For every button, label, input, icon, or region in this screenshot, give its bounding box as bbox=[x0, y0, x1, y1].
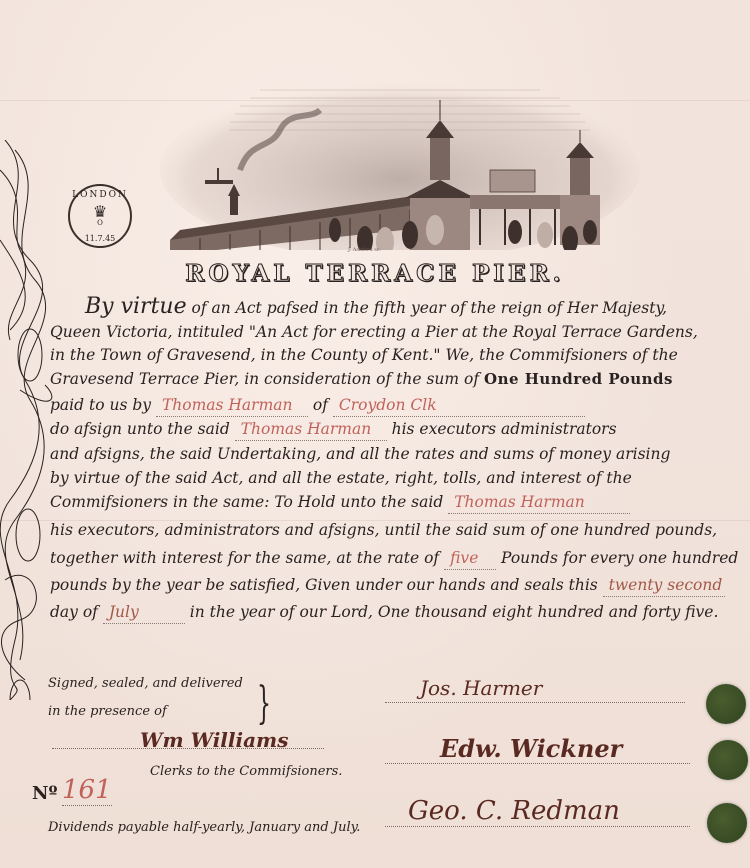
body-lead-words: By virtue bbox=[85, 294, 187, 319]
body-line-2: Queen Victoria, intituled "An Act for er… bbox=[50, 321, 720, 343]
signatory-signature-3: Geo. C. Redman bbox=[408, 796, 620, 826]
witness-line-1: Signed, sealed, and delivered bbox=[48, 676, 243, 691]
body-line-7: and afsigns, the said Undertaking, and a… bbox=[50, 443, 720, 465]
day-field: twenty second bbox=[603, 574, 725, 597]
dividends-note: Dividends payable half-yearly, January a… bbox=[48, 820, 360, 835]
pier-engraving-illustration bbox=[160, 60, 640, 250]
assignee-name-field: Thomas Harman bbox=[235, 418, 387, 441]
month-field: July bbox=[103, 601, 185, 624]
body-line-12: pounds by the year be satisfied, Given u… bbox=[50, 574, 720, 596]
body-line-5: paid to us by Thomas Harman of Croydon C… bbox=[50, 394, 720, 416]
signatory-signature-1: Jos. Harmer bbox=[420, 676, 542, 700]
body-line-4: Gravesend Terrace Pier, in consideration… bbox=[50, 368, 720, 390]
postmark-city: LONDON bbox=[70, 190, 130, 200]
signatory-line-1 bbox=[385, 702, 685, 703]
body-line-11: together with interest for the same, at … bbox=[50, 547, 720, 569]
body-line-1: By virtue of an Act pafsed in the fifth … bbox=[85, 296, 750, 318]
green-wax-seal-2 bbox=[708, 740, 748, 780]
sum-amount: One Hundred Pounds bbox=[484, 370, 673, 388]
signatory-line-3 bbox=[385, 826, 690, 827]
london-postmark-stamp: LONDON ♛ O 11.7.45 bbox=[68, 184, 132, 248]
body-line-9: Commifsioners in the same: To Hold unto … bbox=[50, 491, 720, 513]
engraver-credit: J. Ashford sc. bbox=[348, 247, 381, 253]
body-line-3: in the Town of Gravesend, in the County … bbox=[50, 344, 720, 366]
green-wax-seal-3 bbox=[707, 803, 747, 843]
document-title: ROYAL TERRACE PIER. bbox=[0, 260, 750, 287]
brace-glyph: } bbox=[257, 678, 271, 729]
postmark-mark: O bbox=[70, 219, 130, 227]
certificate-number-label: Nº bbox=[32, 783, 57, 804]
payee-name-field: Thomas Harman bbox=[156, 394, 308, 417]
body-line-6: do afsign unto the said Thomas Harman hi… bbox=[50, 418, 720, 440]
body-line-10: his executors, administrators and afsign… bbox=[50, 519, 720, 541]
signatory-signature-2: Edw. Wickner bbox=[440, 734, 622, 763]
green-wax-seal-1 bbox=[706, 684, 746, 724]
interest-rate-field: five bbox=[444, 547, 496, 570]
witness-line-2: in the presence of bbox=[48, 704, 167, 719]
signatory-line-2 bbox=[385, 763, 690, 764]
holder-name-field: Thomas Harman bbox=[448, 491, 630, 514]
clerk-caption: Clerks to the Commifsioners. bbox=[150, 764, 342, 779]
certificate-number-value: 161 bbox=[62, 775, 112, 806]
body-line-13: day of July in the year of our Lord, One… bbox=[50, 601, 720, 623]
body-line-8: by virtue of the said Act, and all the e… bbox=[50, 467, 720, 489]
postmark-date: 11.7.45 bbox=[70, 234, 130, 243]
payee-location-field: Croydon Clk bbox=[333, 394, 585, 417]
clerk-signature: Wm Williams bbox=[140, 728, 288, 752]
